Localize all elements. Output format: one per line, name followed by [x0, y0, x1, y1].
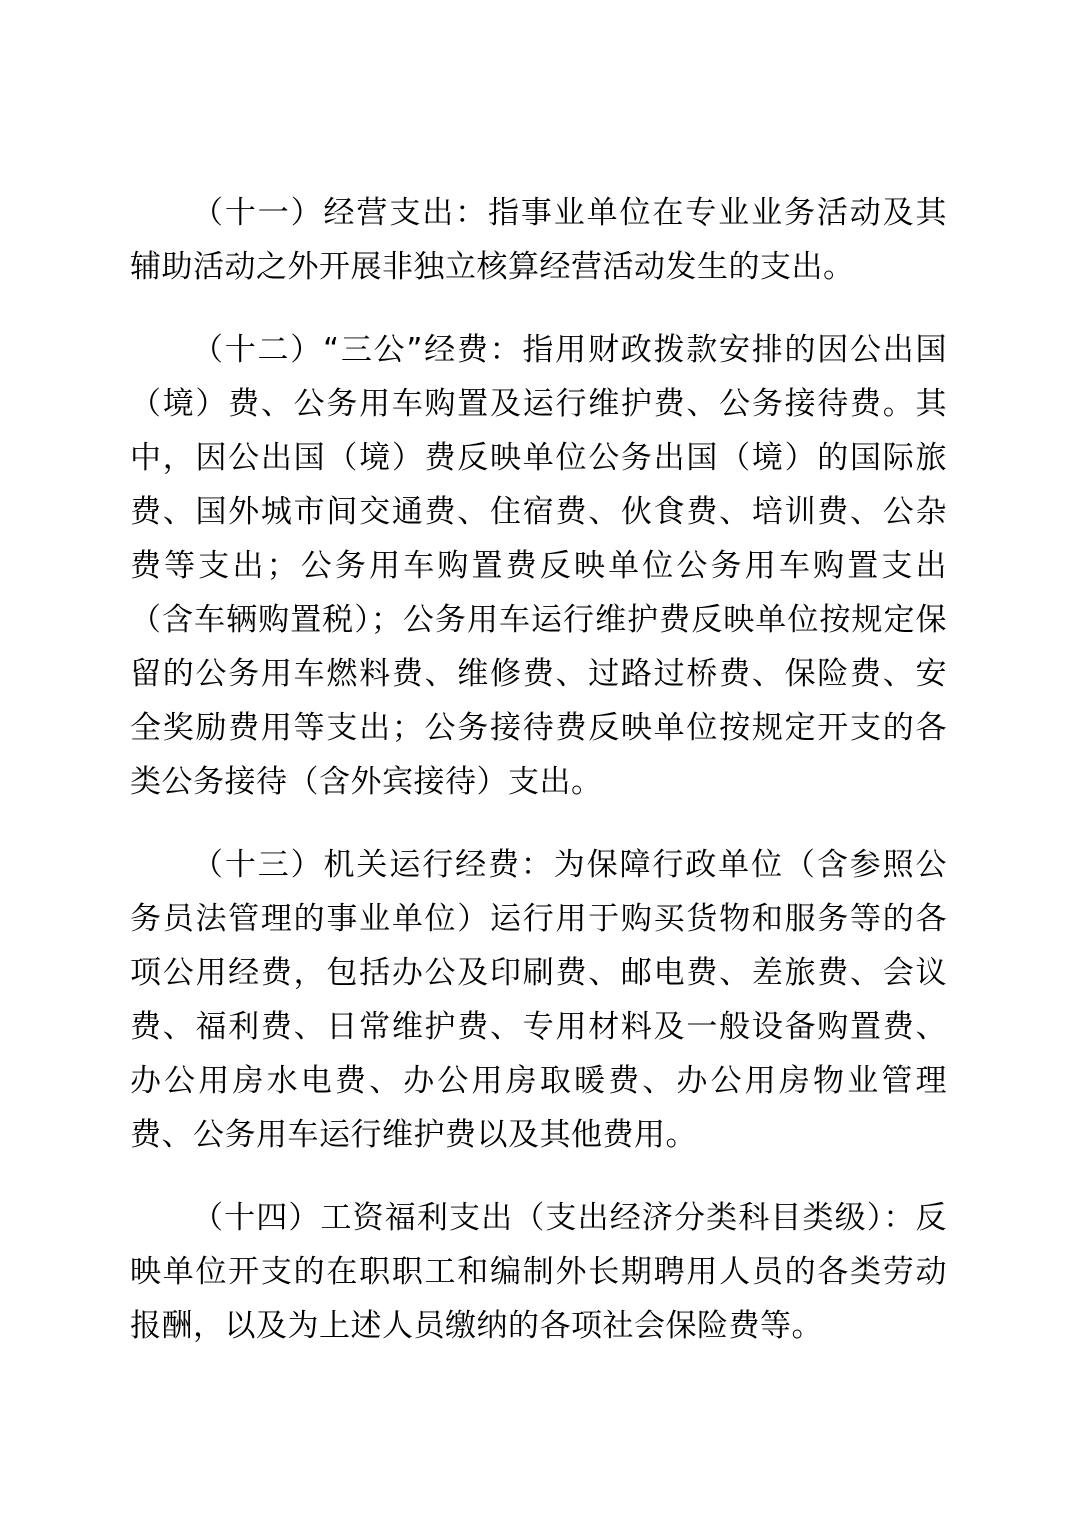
paragraph-item-14-salary-welfare-expenditure: （十四）工资福利支出（支出经济分类科目类级）：反映单位开支的在职职工和编制外长期… — [130, 1191, 947, 1353]
document-body: （十一）经营支出：指事业单位在专业业务活动及其辅助活动之外开展非独立核算经营活动… — [130, 186, 947, 1353]
document-page: （十一）经营支出：指事业单位在专业业务活动及其辅助活动之外开展非独立核算经营活动… — [0, 0, 1075, 1521]
paragraph-item-13-agency-operating-funds: （十三）机关运行经费：为保障行政单位（含参照公务员法管理的事业单位）运行用于购买… — [130, 838, 947, 1162]
paragraph-item-11-operating-expenditure: （十一）经营支出：指事业单位在专业业务活动及其辅助活动之外开展非独立核算经营活动… — [130, 186, 947, 294]
paragraph-item-12-three-public-funds: （十二）“三公”经费：指用财政拨款安排的因公出国（境）费、公务用车购置及运行维护… — [130, 323, 947, 809]
